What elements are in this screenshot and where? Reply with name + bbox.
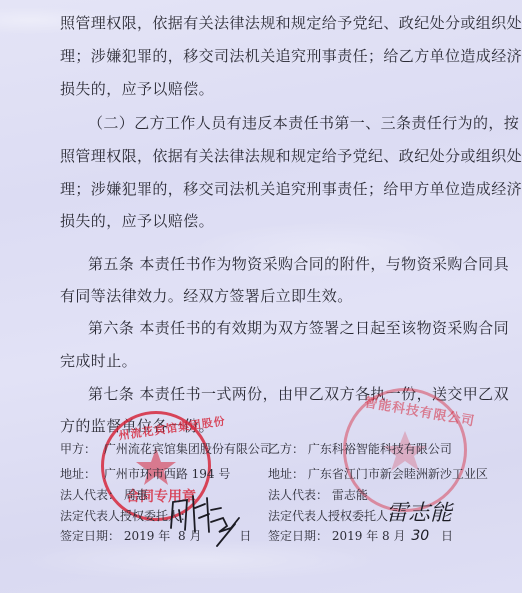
text-line: 完成时止。 bbox=[60, 351, 137, 371]
text-line: 理；涉嫌犯罪的，移交司法机关追究刑事责任；给乙方单位造成经济 bbox=[60, 46, 522, 66]
party-a-legal-rep: 周惠 bbox=[124, 488, 148, 502]
party-b-address-row: 地址： 广东省江门市新会睦洲新沙工业区 bbox=[268, 466, 488, 482]
party-b-handwritten-signature: 雷志能 bbox=[386, 496, 452, 527]
authorized-label: 法定代表人授权委托人： bbox=[268, 509, 400, 523]
address-label: 地址： bbox=[60, 467, 96, 481]
party-a-name: 广州流花宾馆集团股份有限公司 bbox=[104, 442, 272, 456]
date-label: 签定日期： bbox=[60, 529, 120, 543]
party-a-address-row: 地址： 广州市环市西路 194 号 bbox=[60, 466, 230, 482]
party-b-authorized-row: 法定代表人授权委托人： bbox=[268, 508, 400, 524]
date-month: 8 月 bbox=[382, 529, 405, 543]
text-line: （二）乙方工作人员有违反本责任书第一、三条责任行为的，按 bbox=[88, 113, 519, 133]
party-b-label: 乙方： bbox=[268, 442, 304, 456]
date-day-handwritten: 30 bbox=[411, 528, 429, 544]
text-line: 损失的，应予以赔偿。 bbox=[60, 211, 214, 231]
text-line: 照管理权限，依据有关法律法规和规定给予党纪、政纪处分或组织处 bbox=[60, 13, 522, 33]
text-line: 照管理权限，依据有关法律法规和规定给予党纪、政纪处分或组织处 bbox=[60, 146, 522, 166]
party-b-legal-rep: 雷志能 bbox=[332, 488, 368, 502]
text-line: 损失的，应予以赔偿。 bbox=[60, 79, 214, 99]
party-a-address: 广州市环市西路 194 号 bbox=[104, 467, 231, 481]
party-a-handwritten-signature bbox=[165, 488, 245, 548]
text-line: 第六条 本责任书的有效期为双方签署之日起至该物资采购合同 bbox=[88, 318, 509, 338]
text-line: 有同等法律效力。经双方签署后立即生效。 bbox=[60, 286, 353, 306]
date-year: 2019 年 bbox=[332, 529, 378, 543]
party-a-name-row: 甲方： 广州流花宾馆集团股份有限公司 bbox=[60, 441, 272, 457]
text-line: 理；涉嫌犯罪的，移交司法机关追究刑事责任；给甲方单位造成经济 bbox=[60, 179, 522, 199]
legal-rep-label: 法人代表： bbox=[60, 488, 120, 502]
address-label: 地址： bbox=[268, 467, 304, 481]
party-b-name: 广东科裕智能科技有限公司 bbox=[308, 442, 452, 456]
party-b-date-row: 签定日期： 2019 年 8 月 30 日 bbox=[268, 528, 453, 544]
party-b-address: 广东省江门市新会睦洲新沙工业区 bbox=[308, 467, 488, 481]
date-label: 签定日期： bbox=[268, 529, 328, 543]
date-year: 2019 年 bbox=[124, 529, 170, 543]
date-day-suffix: 日 bbox=[441, 529, 453, 543]
party-a-legal-rep-row: 法人代表： 周惠 bbox=[60, 487, 148, 503]
party-b-name-row: 乙方： 广东科裕智能科技有限公司 bbox=[268, 441, 452, 457]
text-line: 第五条 本责任书作为物资采购合同的附件，与物资采购合同具 bbox=[88, 254, 509, 274]
legal-rep-label: 法人代表： bbox=[268, 488, 328, 502]
party-a-label: 甲方： bbox=[60, 442, 96, 456]
party-b-legal-rep-row: 法人代表： 雷志能 bbox=[268, 487, 368, 503]
